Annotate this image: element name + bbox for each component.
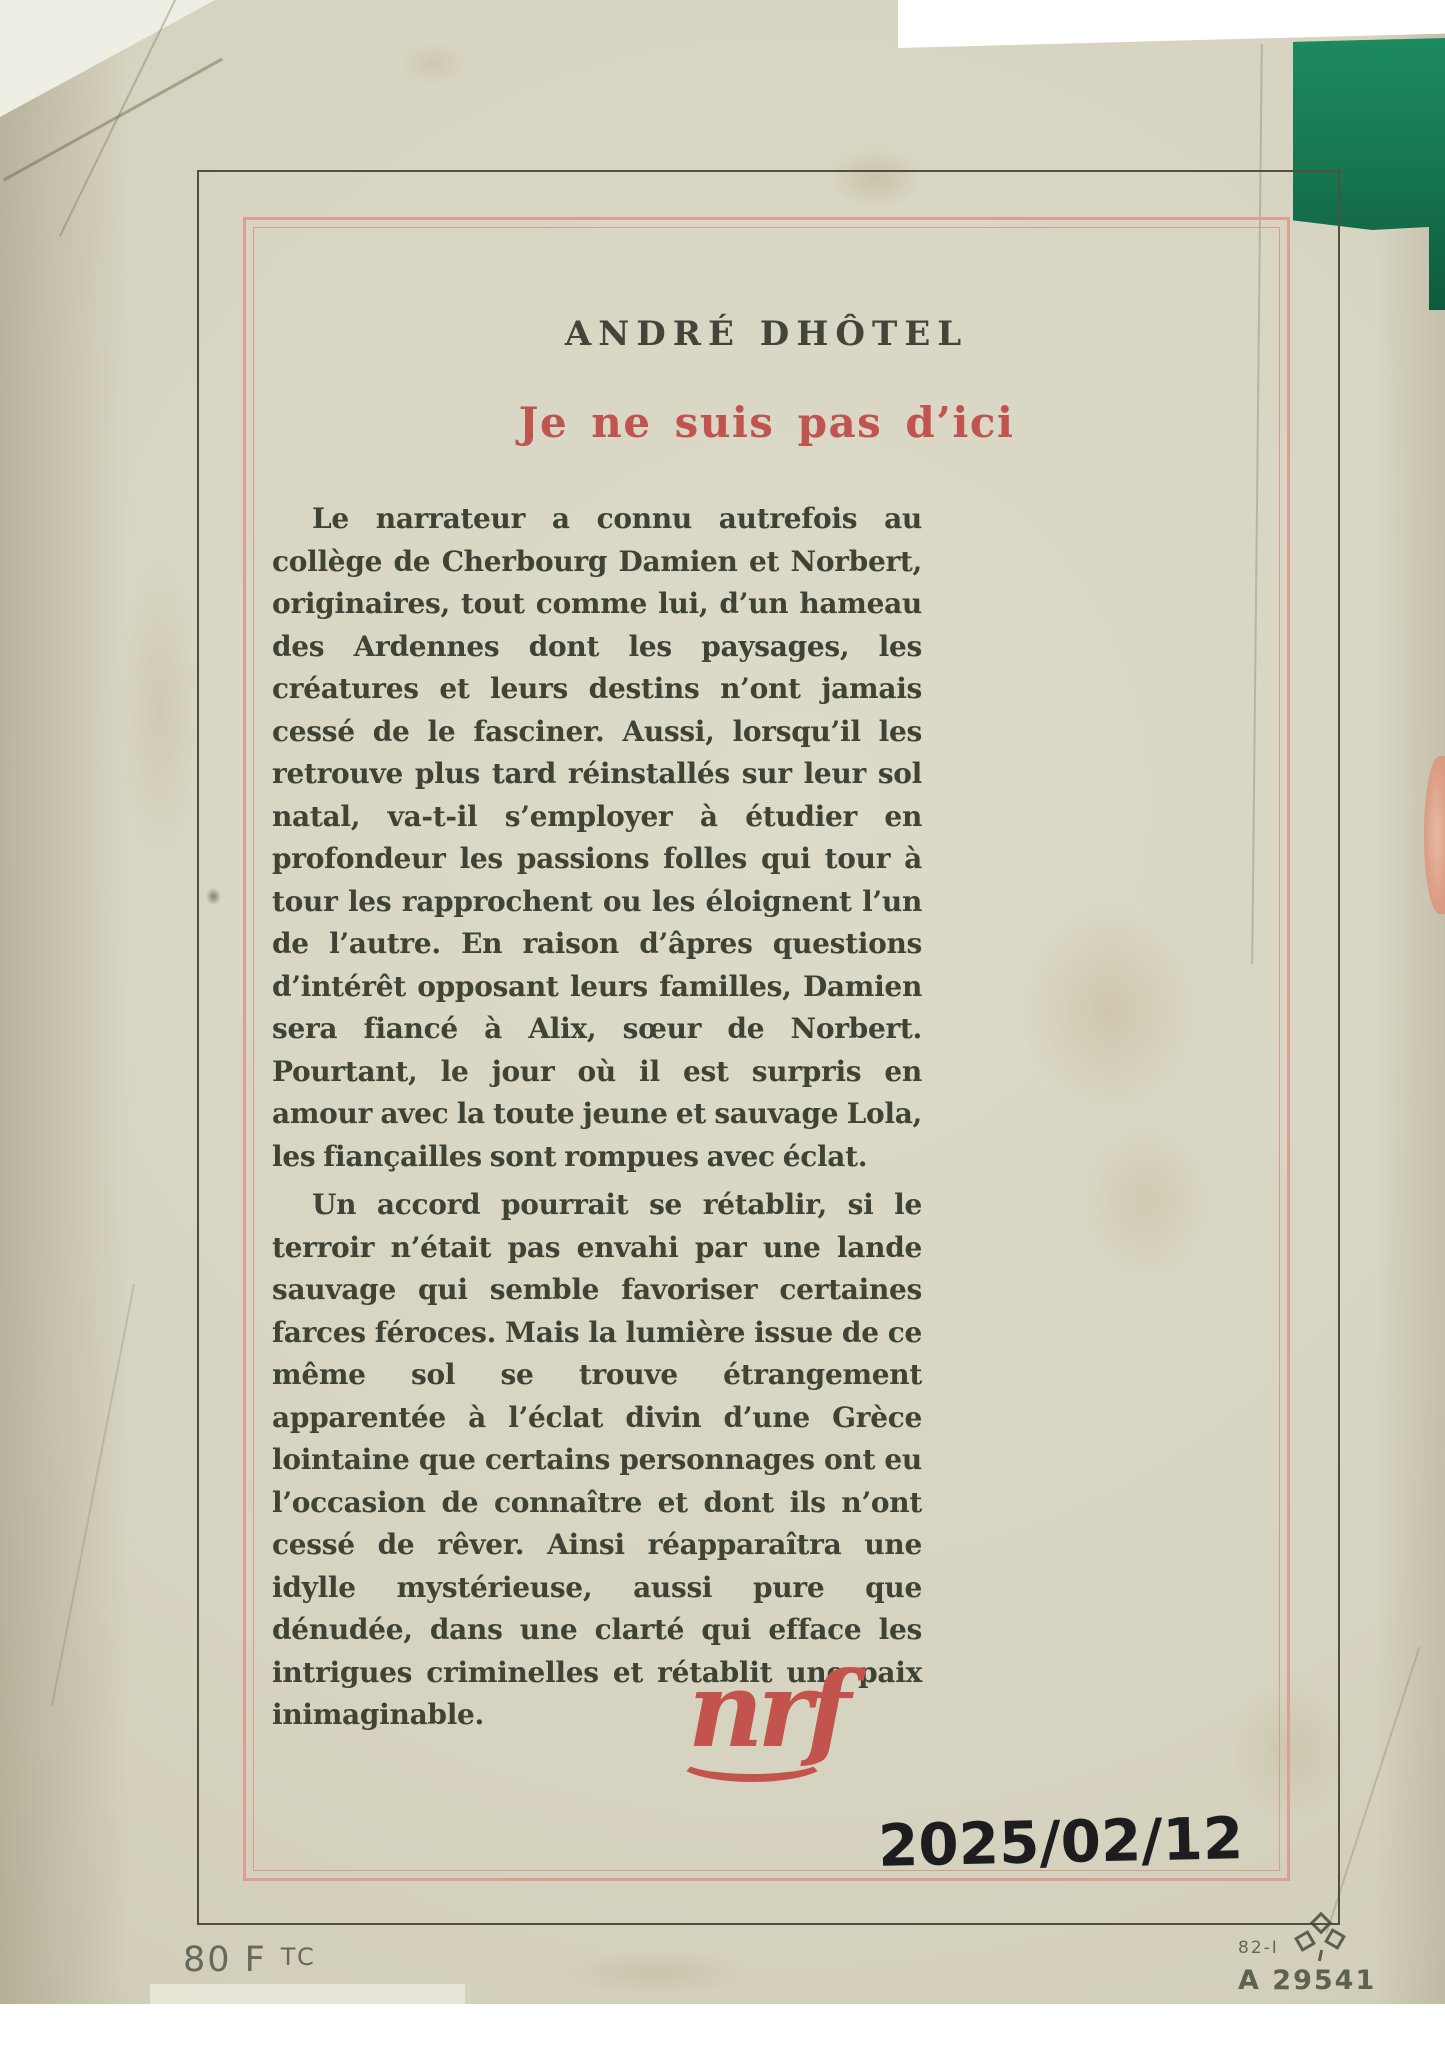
back-cover-blurb: Le narrateur a connu autrefois au collèg… [272,498,922,1743]
book-back-cover-photo: ANDRÉ DHÔTEL Je ne suis pas d’ici Le nar… [0,0,1445,2045]
green-bookmark-edge [1429,226,1445,310]
price-suffix: TC [281,1943,317,1971]
photo-white-margin-bottom [0,2004,1445,2045]
price-marking: 80 FTC [183,1940,317,1980]
trefoil-leaf [1324,1928,1346,1950]
paper-stain [120,560,200,860]
book-title: Je ne suis pas d’ici [243,398,1290,447]
catalog-code-bottom: A 29541 [1238,1965,1398,1996]
trefoil-stem [1318,1950,1323,1961]
paper-edge-shading-left [0,0,130,2004]
nrf-publisher-logo: nrf [243,1648,1290,1798]
paper-stain [400,42,470,86]
paper-stain [560,1950,750,1996]
author-name: ANDRÉ DHÔTEL [243,314,1290,354]
price-value: 80 F [183,1940,267,1980]
blurb-paragraph-1: Le narrateur a connu autrefois au collèg… [272,498,922,1178]
nrf-logo-text: nrf [688,1648,845,1771]
trefoil-printer-mark-icon [1292,1914,1352,1966]
aged-paper-background: ANDRÉ DHÔTEL Je ne suis pas d’ici Le nar… [0,0,1445,2004]
date-stamp: 2025/02/12 [877,1804,1244,1880]
trefoil-leaf [1294,1930,1316,1952]
paper-bottom-light-strip [150,1984,465,2004]
